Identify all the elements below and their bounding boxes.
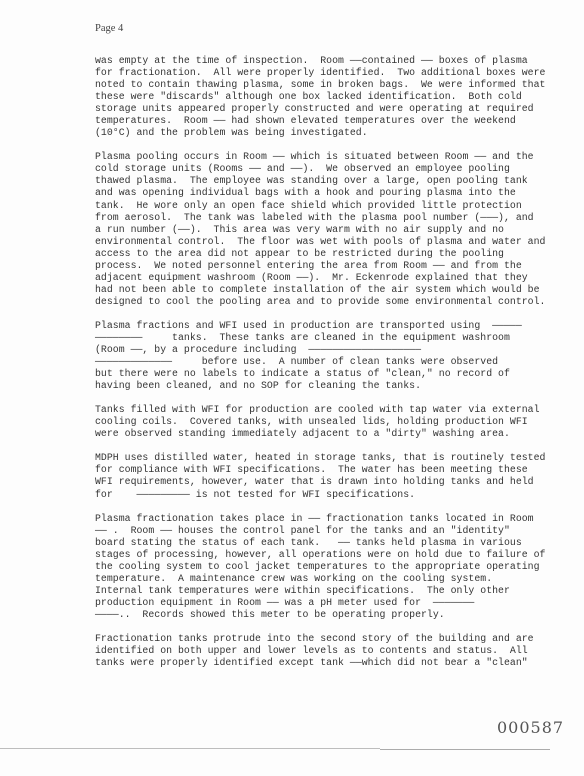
text-line: (10°C) and the problem was being investi… bbox=[95, 127, 565, 139]
text-line: was empty at the time of inspection. Roo… bbox=[95, 55, 565, 67]
text-line: Plasma fractions and WFI used in product… bbox=[95, 320, 565, 332]
text-line: storage units appeared properly construc… bbox=[95, 103, 565, 115]
paragraph: was empty at the time of inspection. Roo… bbox=[95, 55, 565, 139]
text-line: adjacent equipment washroom (Room ——). M… bbox=[95, 272, 565, 284]
text-line: —— . Room —— houses the control panel fo… bbox=[95, 525, 565, 537]
text-line: and was opening individual bags with a h… bbox=[95, 187, 565, 199]
text-line: production equipment in Room —— was a pH… bbox=[95, 597, 565, 609]
paragraph: Fractionation tanks protrude into the se… bbox=[95, 633, 565, 669]
text-line: ———————— tanks. These tanks are cleaned … bbox=[95, 332, 565, 344]
text-line: these were "discards" although one box l… bbox=[95, 91, 565, 103]
scan-edge-line bbox=[0, 748, 380, 749]
text-line: noted to contain thawing plasma, some in… bbox=[95, 79, 565, 91]
bates-number: 000587 bbox=[497, 718, 564, 737]
text-line: from aerosol. The tank was labeled with … bbox=[95, 212, 565, 224]
text-line: designed to cool the pooling area and to… bbox=[95, 296, 565, 308]
text-line: temperatures. Room —— had shown elevated… bbox=[95, 115, 565, 127]
text-line: Tanks filled with WFI for production are… bbox=[95, 404, 565, 416]
paragraph: Plasma fractionation takes place in —— f… bbox=[95, 513, 565, 621]
text-line: process. We noted personnel entering the… bbox=[95, 260, 565, 272]
text-line: but there were no labels to indicate a s… bbox=[95, 368, 565, 380]
text-line: tank. He wore only an open face shield w… bbox=[95, 200, 565, 212]
text-line: for ————————— is not tested for WFI spec… bbox=[95, 489, 565, 501]
text-line: stages of processing, however, all opera… bbox=[95, 549, 565, 561]
paragraph: Tanks filled with WFI for production are… bbox=[95, 404, 565, 440]
text-line: thawed plasma. The employee was standing… bbox=[95, 175, 565, 187]
text-line: WFI requirements, however, water that is… bbox=[95, 476, 565, 488]
document-body: was empty at the time of inspection. Roo… bbox=[95, 55, 565, 681]
text-line: board stating the status of each tank. —… bbox=[95, 537, 565, 549]
text-line: having been cleaned, and no SOP for clea… bbox=[95, 380, 565, 392]
scan-edge-line bbox=[380, 749, 550, 750]
text-line: for compliance with WFI specifications. … bbox=[95, 464, 565, 476]
paragraph: Plasma fractions and WFI used in product… bbox=[95, 320, 565, 392]
text-line: Fractionation tanks protrude into the se… bbox=[95, 633, 565, 645]
text-line: Plasma pooling occurs in Room —— which i… bbox=[95, 151, 565, 163]
text-line: were observed standing immediately adjac… bbox=[95, 428, 565, 440]
page-label: Page 4 bbox=[95, 23, 123, 34]
document-page: Page 4 was empty at the time of inspecti… bbox=[0, 0, 584, 776]
text-line: Plasma fractionation takes place in —— f… bbox=[95, 513, 565, 525]
text-line: environmental control. The floor was wet… bbox=[95, 236, 565, 248]
paragraph: MDPH uses distilled water, heated in sto… bbox=[95, 452, 565, 500]
text-line: MDPH uses distilled water, heated in sto… bbox=[95, 452, 565, 464]
text-line: access to the area did not appear to be … bbox=[95, 248, 565, 260]
text-line: tanks were properly identified except ta… bbox=[95, 657, 565, 669]
text-line: identified on both upper and lower level… bbox=[95, 645, 565, 657]
paragraph: Plasma pooling occurs in Room —— which i… bbox=[95, 151, 565, 308]
text-line: (Room ——, by a procedure including —————… bbox=[95, 344, 565, 356]
text-line: a run number (——). This area was very wa… bbox=[95, 224, 565, 236]
text-line: cold storage units (Rooms —— and ——). We… bbox=[95, 163, 565, 175]
text-line: cooling coils. Covered tanks, with unsea… bbox=[95, 416, 565, 428]
text-line: for fractionation. All were properly ide… bbox=[95, 67, 565, 79]
text-line: ————————————— before use. A number of cl… bbox=[95, 356, 565, 368]
text-line: had not been able to complete installati… bbox=[95, 284, 565, 296]
text-line: ————.. Records showed this meter to be o… bbox=[95, 609, 565, 621]
text-line: the cooling system to cool jacket temper… bbox=[95, 561, 565, 573]
text-line: Internal tank temperatures were within s… bbox=[95, 585, 565, 597]
text-line: temperature. A maintenance crew was work… bbox=[95, 573, 565, 585]
